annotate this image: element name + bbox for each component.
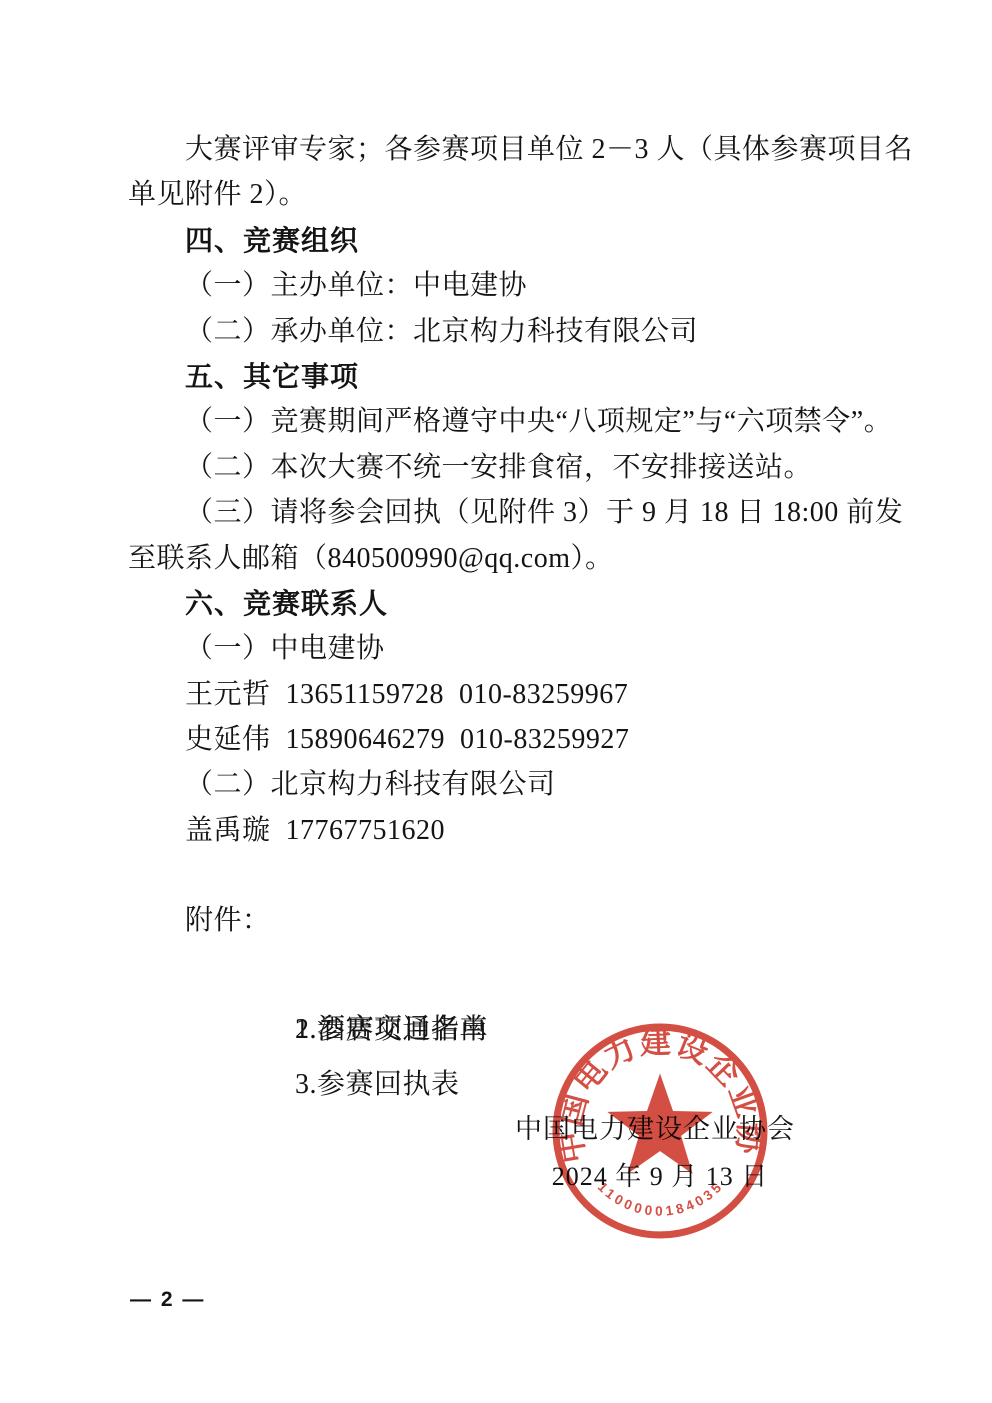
attachment-item-text: 3.参赛回执表 bbox=[295, 1069, 460, 1100]
text-line: （一）竞赛期间严格遵守中央“八项规定”与“六项禁令”。 bbox=[128, 399, 892, 444]
seal-star-icon bbox=[607, 1073, 713, 1173]
attachment-list: 附件： 1.酒店交通指南 2.参赛项目名单 3.参赛回执表 bbox=[128, 894, 488, 1058]
text-line: （二）承办单位：北京构力科技有限公司 bbox=[128, 309, 892, 354]
text-line: （二）本次大赛不统一安排食宿，不安排接送站。 bbox=[128, 445, 892, 490]
page-number: — 2 — bbox=[130, 1288, 205, 1312]
text-line: （一）中电建协 bbox=[128, 626, 892, 671]
section-heading-5: 五、其它事项 bbox=[128, 354, 892, 399]
text-line: 单见附件 2）。 bbox=[128, 172, 892, 217]
svg-text:1100000184035: 1100000184035 bbox=[595, 1178, 727, 1219]
attachment-item: 3.参赛回执表 bbox=[128, 1003, 488, 1058]
attachment-item: 附件： 1.酒店交通指南 bbox=[128, 894, 488, 949]
attachment-item: 2.参赛项目名单 bbox=[128, 949, 488, 1004]
contact-line: 盖禹璇 17767751620 bbox=[128, 808, 892, 853]
text-line: （二）北京构力科技有限公司 bbox=[128, 762, 892, 807]
text-line: （一）主办单位：中电建协 bbox=[128, 263, 892, 308]
attachment-label: 附件： bbox=[185, 894, 271, 949]
section-heading-4: 四、竞赛组织 bbox=[128, 218, 892, 263]
text-line: 大赛评审专家；各参赛项目单位 2－3 人（具体参赛项目名 bbox=[128, 127, 892, 172]
contact-line: 王元哲 13651159728 010-83259967 bbox=[128, 672, 892, 717]
section-heading-6: 六、竞赛联系人 bbox=[128, 581, 892, 626]
document-body: 大赛评审专家；各参赛项目单位 2－3 人（具体参赛项目名 单见附件 2）。 四、… bbox=[128, 127, 892, 853]
text-line: 至联系人邮箱（840500990@qq.com）。 bbox=[128, 536, 892, 581]
contact-line: 史延伟 15890646279 010-83259927 bbox=[128, 717, 892, 762]
official-seal: 中国电力建设企业协会 1100000184035 bbox=[550, 1020, 770, 1242]
text-line: （三）请将参会回执（见附件 3）于 9 月 18 日 18:00 前发 bbox=[128, 490, 892, 535]
seal-serial-number: 1100000184035 bbox=[595, 1178, 727, 1219]
